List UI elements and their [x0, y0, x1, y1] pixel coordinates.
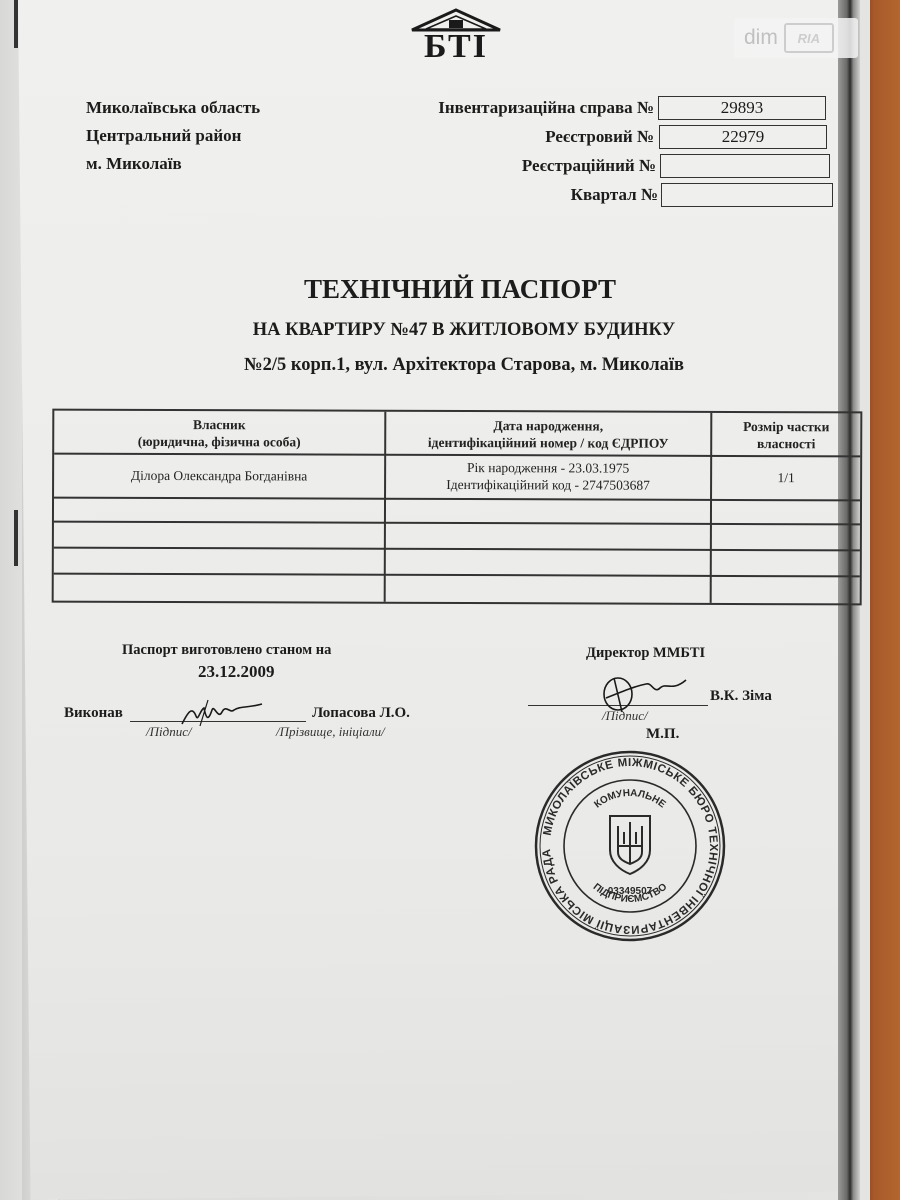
document-address: №2/5 корп.1, вул. Архітектора Старова, м… [14, 355, 900, 376]
document-subtitle: НА КВАРТИРУ №47 В ЖИТЛОВОМУ БУДИНКУ [14, 320, 900, 341]
table-row-divider [54, 547, 860, 552]
header-line: Власник [54, 416, 384, 434]
registry-number-value: 22979 [659, 125, 827, 149]
inventory-case-value: 29893 [658, 96, 826, 120]
quarter-number-value [661, 183, 833, 207]
owners-table: Власник (юридична, фізична особа) Дата н… [52, 409, 863, 606]
logo-text: БТІ [394, 30, 518, 64]
document-title: ТЕХНІЧНИЙ ПАСПОРТ [10, 274, 900, 305]
owner-id-cell: Рік народження - 23.03.1975 Ідентифікаці… [386, 459, 710, 494]
dimria-watermark: dim RIA [734, 18, 858, 58]
name-caption: /Прізвище, ініціали/ [276, 724, 385, 740]
watermark-ria: RIA [784, 23, 834, 53]
header-line: Дата народження, [386, 417, 710, 435]
executed-label: Виконав [64, 705, 123, 722]
staple-mark [14, 510, 18, 566]
table-header-id: Дата народження, ідентифікаційний номер … [386, 417, 710, 452]
registry-number-label: Реєстровий № [545, 127, 654, 147]
official-stamp: МИКОЛАЇВСЬКЕ МІЖМІСЬКЕ БЮРО ТЕХНІЧНОЇ ІН… [532, 748, 728, 944]
inventory-case-label: Інвентаризаційна справа № [438, 98, 654, 118]
table-header-owner: Власник (юридична, фізична особа) [54, 416, 384, 451]
city-text: м. Миколаїв [86, 154, 182, 174]
director-title: Директор ММБТІ [586, 645, 705, 662]
table-row-divider [54, 453, 860, 458]
signature-caption: /Підпис/ [146, 724, 192, 740]
table-row-divider [54, 521, 860, 526]
header-line: (юридична, фізична особа) [54, 433, 384, 451]
region-text: Миколаївська область [86, 98, 260, 118]
staple-mark [14, 0, 18, 48]
executor-name: Лопасова Л.О. [312, 705, 410, 722]
header-line: власності [712, 435, 860, 453]
id-code-text: Ідентифікаційний код - 2747503687 [386, 476, 710, 494]
header-line: Розмір частки [712, 418, 860, 436]
owner-name-cell: Ділора Олександра Богданівна [54, 467, 384, 485]
director-name: В.К. Зіма [710, 688, 772, 705]
table-row-divider [54, 497, 860, 502]
director-signature-caption: /Підпис/ [602, 708, 648, 724]
stamp-place-label: М.П. [646, 726, 679, 743]
owner-share-cell: 1/1 [712, 469, 860, 487]
stamp-code: 03349507 [608, 886, 653, 897]
district-text: Центральний район [86, 126, 241, 146]
table-row-divider [54, 573, 860, 578]
registration-number-value [660, 154, 830, 178]
stamp-inner-top: КОМУНАЛЬНЕ [592, 788, 667, 811]
svg-text:КОМУНАЛЬНЕ: КОМУНАЛЬНЕ [592, 788, 667, 811]
table-header-share: Розмір частки власності [712, 418, 860, 453]
bti-logo: БТІ [394, 8, 518, 66]
quarter-number-label: Квартал № [571, 185, 658, 205]
prepared-label: Паспорт виготовлено станом на [122, 642, 331, 659]
birth-date-text: Рік народження - 23.03.1975 [386, 459, 710, 477]
coat-of-arms-icon [610, 816, 650, 874]
prepared-date: 23.12.2009 [198, 662, 275, 682]
header-line: ідентифікаційний номер / код ЄДРПОУ [386, 434, 710, 452]
registration-number-label: Реєстраційний № [522, 156, 656, 176]
watermark-dim: dim [744, 26, 778, 50]
